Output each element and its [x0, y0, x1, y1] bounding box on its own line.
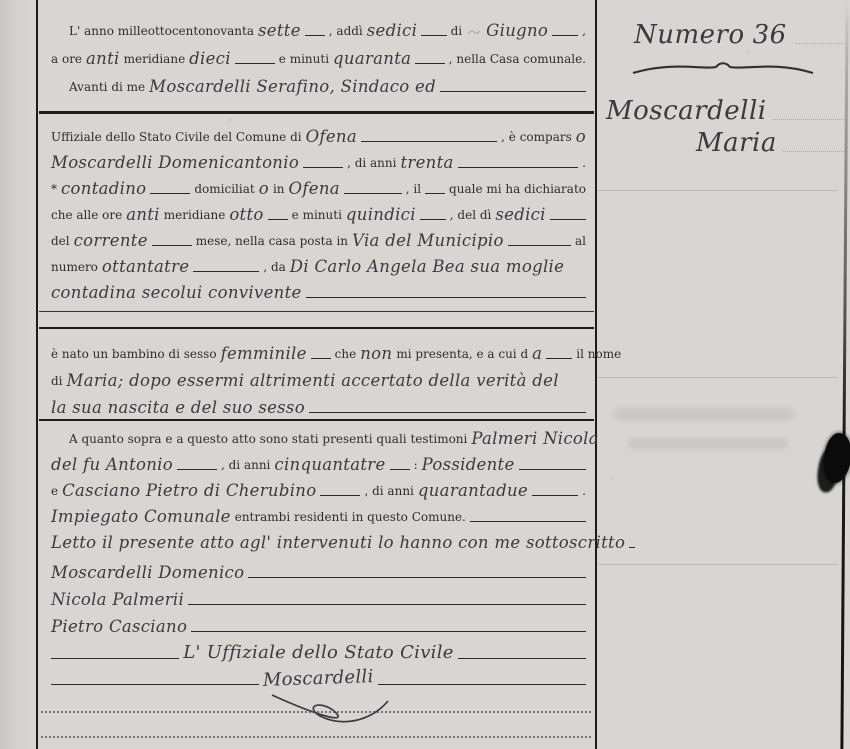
handwritten-mother-name: Di Carlo Angela Bea sua moglie	[290, 259, 564, 278]
signature-line: Nicola Palmerii	[51, 583, 586, 610]
printed-text: entrambi residenti in questo Comune.	[235, 511, 466, 527]
handwritten-domicile: Ofena	[289, 181, 340, 200]
printed-text: meridiane	[164, 209, 226, 225]
printed-text: che	[335, 348, 357, 364]
ruled-line	[458, 167, 579, 168]
printed-text: e minuti	[292, 209, 342, 225]
form-line: la sua nascita e del suo sesso	[51, 391, 586, 418]
handwritten-profession: contadino	[61, 181, 146, 200]
faint-dotted-line	[773, 119, 844, 120]
printed-text: di	[51, 375, 63, 391]
handwritten-witness1-profession: Possidente	[422, 457, 515, 476]
ruled-line	[508, 245, 571, 246]
printed-text: di	[451, 25, 463, 41]
ruled-line	[309, 412, 586, 413]
signature-line: Moscardelli Domenico	[51, 556, 586, 583]
printed-text: , di anni	[221, 459, 270, 475]
ink-bleedthrough	[628, 438, 788, 449]
dotted-ruled-line	[41, 736, 591, 738]
ruled-line	[378, 684, 586, 685]
form-line: Impiegato Comunale entrambi residenti in…	[51, 501, 586, 527]
faint-dotted-line	[783, 151, 844, 152]
printed-text: , del dì	[450, 209, 492, 225]
ruled-line	[193, 271, 259, 272]
ruled-line	[470, 521, 586, 522]
form-line: Uffiziale dello Stato Civile del Comune …	[51, 121, 586, 147]
signature-line: Pietro Casciano	[51, 610, 586, 637]
printed-text: del	[51, 235, 70, 251]
handwritten-meridian: anti	[86, 51, 120, 70]
handwritten-official-name: Moscardelli Serafino, Sindaco ed	[149, 79, 436, 98]
handwritten-hour: dieci	[189, 51, 231, 70]
signature-official: Moscardelli	[263, 668, 374, 692]
printed-text: , addì	[329, 25, 363, 41]
official-title-line: L' Uffiziale dello Stato Civile	[39, 640, 595, 664]
ruled-line	[150, 193, 190, 194]
ghost-rule	[598, 564, 838, 565]
ruled-line	[152, 245, 192, 246]
form-line: contadina secolui convivente	[51, 277, 586, 303]
section-declaration: Uffiziale dello Stato Civile del Comune …	[39, 121, 595, 303]
section-witnesses: A quanto sopra e a questo atto sono stat…	[39, 423, 595, 553]
handwritten-month-ref: corrente	[74, 233, 148, 252]
handwritten-witness1-patronymic: del fu Antonio	[51, 457, 173, 476]
printed-text: .	[582, 157, 586, 173]
ruled-line	[188, 604, 586, 605]
ruled-line	[51, 684, 259, 685]
official-title: L' Uffiziale dello Stato Civile	[183, 644, 453, 664]
handwritten-letter: o	[576, 129, 586, 148]
ruled-line	[305, 35, 325, 36]
form-line: Moscardelli Domenicantonio , di anni tre…	[51, 147, 586, 173]
printed-text: Avanti di me	[69, 81, 145, 97]
form-line: Letto il presente atto agl' intervenuti …	[51, 527, 586, 553]
registered-surname-line: Moscardelli	[606, 98, 844, 126]
handwritten-day: sedici	[367, 23, 417, 42]
ruled-line	[306, 297, 586, 298]
ruled-line	[177, 469, 217, 470]
ghost-rule	[598, 190, 838, 191]
ruled-line	[415, 63, 444, 64]
ruled-line	[248, 577, 586, 578]
ruled-line	[235, 63, 275, 64]
form-line: a ore anti meridiane dieci e minuti quar…	[51, 41, 586, 69]
form-line: Avanti di me Moscardelli Serafino, Sinda…	[51, 69, 586, 97]
printed-text: , di anni	[364, 485, 413, 501]
printed-text: ,	[582, 25, 586, 41]
handwritten-letter: o	[259, 181, 269, 200]
ruled-line	[550, 219, 586, 220]
handwritten-age: trenta	[400, 155, 453, 174]
printed-text: Uffiziale dello Stato Civile del Comune …	[51, 131, 302, 147]
handwritten-witness2-age: quarantadue	[418, 483, 528, 502]
ruled-line	[344, 193, 402, 194]
printed-text: e minuti	[279, 53, 329, 69]
page-left-margin	[0, 0, 31, 749]
signature-declarant: Moscardelli Domenico	[51, 565, 244, 584]
printed-text: domiciliat	[194, 183, 254, 199]
section-signatures: Moscardelli Domenico Nicola Palmerii Pie…	[39, 556, 595, 637]
printed-text: , nella Casa comunale.	[449, 53, 586, 69]
form-line: di Maria; dopo essermi altrimenti accert…	[51, 364, 586, 391]
ruled-line	[191, 631, 586, 632]
ruled-line	[425, 193, 445, 194]
ruled-line	[458, 658, 586, 659]
handwritten-meridian: anti	[126, 207, 160, 226]
handwritten-comune: Ofena	[306, 129, 357, 148]
printed-text: in	[273, 183, 285, 199]
printed-asterisk: *	[51, 183, 57, 199]
ruled-line	[546, 358, 572, 359]
ink-smudge	[466, 27, 482, 37]
section-divider-rule	[39, 327, 594, 329]
ruled-line	[320, 495, 360, 496]
section-divider-rule	[39, 419, 594, 421]
handwritten-street: Via del Municipio	[352, 233, 504, 252]
form-line: e Casciano Pietro di Cherubino , di anni…	[51, 475, 586, 501]
signature-witness1: Nicola Palmerii	[51, 592, 184, 611]
section-preamble: L' anno milleottocentonovanta sette , ad…	[39, 13, 595, 97]
handwritten-mother-status: contadina secolui convivente	[51, 285, 302, 304]
handwritten-day: sedici	[495, 207, 545, 226]
margin-annotation-column: Numero 36 Moscardelli Maria	[598, 0, 848, 749]
ruled-line	[421, 35, 446, 36]
form-line: L' anno milleottocentonovanta sette , ad…	[51, 13, 586, 41]
handwritten-declarant-name: Moscardelli Domenicantonio	[51, 155, 299, 174]
printed-text: è nato un bambino di sesso	[51, 348, 217, 364]
printed-text: , di anni	[347, 157, 396, 173]
dotted-ruled-line	[41, 711, 591, 713]
faint-dotted-line	[795, 43, 844, 44]
form-right-border	[595, 0, 597, 749]
ruled-line	[268, 219, 288, 220]
numero-label: Numero	[634, 22, 745, 50]
act-number-line: Numero 36	[634, 22, 844, 50]
printed-text: quale mi ha dichiarato	[449, 183, 586, 199]
signature-witness2: Pietro Casciano	[51, 619, 187, 638]
printed-text: numero	[51, 261, 98, 277]
form-line: A quanto sopra e a questo atto sono stat…	[51, 423, 586, 449]
form-line: che alle ore anti meridiane otto e minut…	[51, 199, 586, 225]
ruled-line	[420, 219, 446, 220]
form-line: del corrente mese, nella casa posta in V…	[51, 225, 586, 251]
handwritten-witness1-name: Palmeri Nicola	[471, 431, 599, 450]
handwritten-witness1-age: cinquantatre	[274, 457, 385, 476]
handwritten-year: sette	[258, 23, 301, 42]
handwritten-closing-formula: Letto il presente atto agl' intervenuti …	[51, 535, 625, 554]
ink-bleedthrough	[614, 408, 794, 421]
numero-value: 36	[753, 22, 787, 50]
ruled-line	[51, 658, 179, 659]
registered-given-name: Maria	[696, 130, 777, 158]
registered-given-name-line: Maria	[696, 130, 844, 158]
printed-text: che alle ore	[51, 209, 122, 225]
ruled-line	[519, 469, 586, 470]
printed-text: , da	[263, 261, 285, 277]
form-line: del fu Antonio , di anni cinquantatre : …	[51, 449, 586, 475]
handwritten-hour: otto	[229, 207, 263, 226]
section-birth: è nato un bambino di sesso femminile che…	[39, 337, 595, 418]
printed-text: a ore	[51, 53, 82, 69]
act-form-column: L' anno milleottocentonovanta sette , ad…	[39, 0, 595, 749]
ruled-line	[303, 167, 343, 168]
ruled-line	[552, 35, 578, 36]
ruled-line	[311, 358, 331, 359]
printed-text: L' anno milleottocentonovanta	[69, 25, 254, 41]
ruled-line	[440, 91, 586, 92]
printed-text: mi presenta, e a cui d	[396, 348, 528, 364]
ruled-line	[390, 469, 410, 470]
handwritten-child-name: Maria; dopo essermi altrimenti accertato…	[67, 373, 559, 392]
printed-text: , è compars	[501, 131, 572, 147]
handwritten-minutes: quindici	[346, 207, 416, 226]
ruled-line	[361, 141, 497, 142]
ruled-line	[532, 495, 578, 496]
ghost-rule	[598, 377, 838, 378]
section-divider-rule	[39, 111, 594, 114]
blank-ruled-line	[39, 311, 594, 312]
handwritten-witness2-name: Casciano Pietro di Cherubino	[62, 483, 316, 502]
registered-surname: Moscardelli	[606, 98, 767, 126]
printed-text: al	[575, 235, 586, 251]
printed-text: mese, nella casa posta in	[196, 235, 348, 251]
handwritten-minutes: quaranta	[333, 51, 411, 70]
printed-text: , il	[406, 183, 421, 199]
numero-flourish	[628, 60, 818, 78]
handwritten-word: non	[360, 346, 392, 365]
form-line: è nato un bambino di sesso femminile che…	[51, 337, 586, 364]
official-signature-line: Moscardelli	[39, 664, 595, 690]
form-line: * contadino domiciliat o in Ofena , il q…	[51, 173, 586, 199]
printed-text: e	[51, 485, 58, 501]
handwritten-house-number: ottantatre	[102, 259, 189, 278]
handwritten-month: Giugno	[486, 23, 548, 42]
printed-text: A quanto sopra e a questo atto sono stat…	[69, 433, 467, 449]
handwritten-continuation: la sua nascita e del suo sesso	[51, 400, 305, 419]
handwritten-letter: a	[532, 346, 542, 365]
form-line: numero ottantatre , da Di Carlo Angela B…	[51, 251, 586, 277]
printed-text: meridiane	[124, 53, 186, 69]
signature-flourish	[254, 692, 404, 728]
handwritten-sex: femminile	[221, 346, 307, 365]
printed-text: .	[582, 485, 586, 501]
handwritten-witness2-profession: Impiegato Comunale	[51, 509, 231, 528]
printed-text: :	[414, 459, 418, 475]
